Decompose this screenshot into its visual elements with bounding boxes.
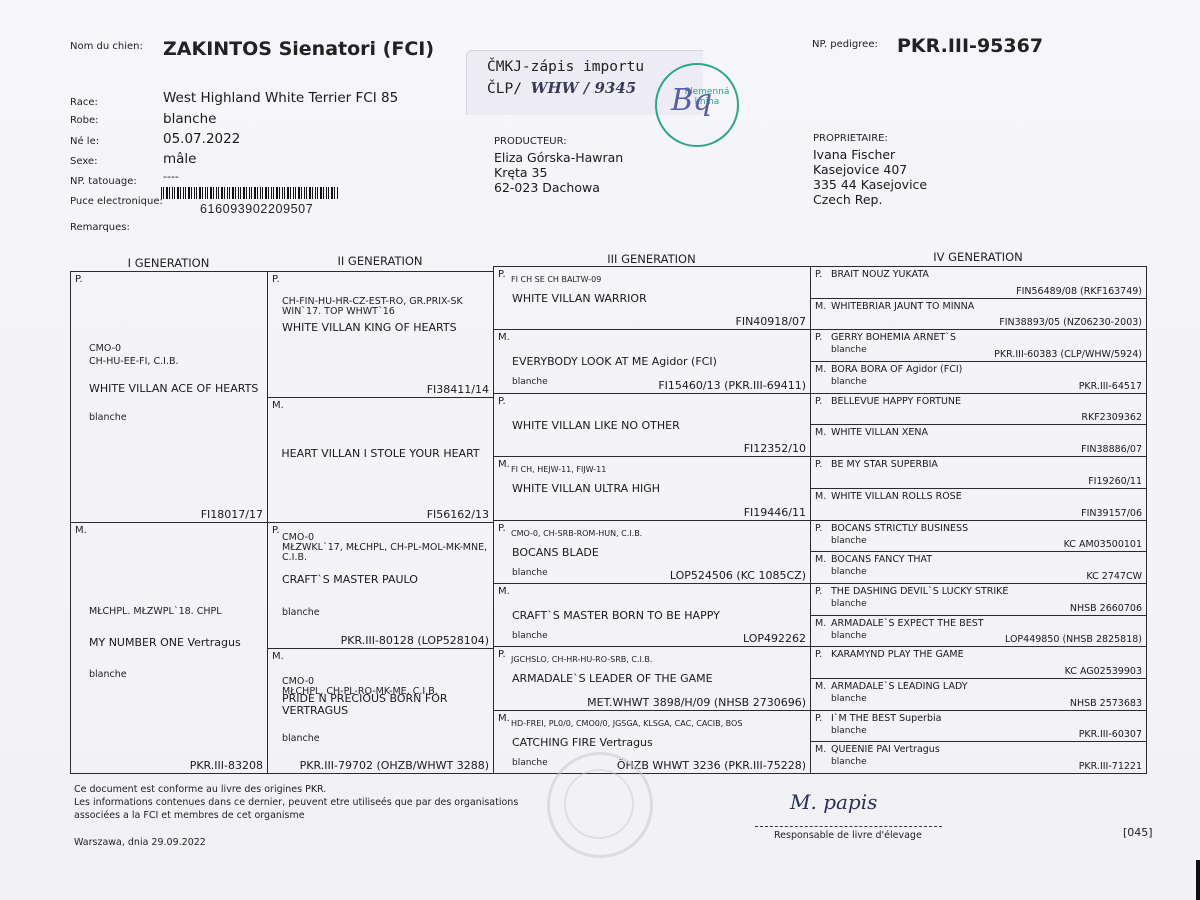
ancestor-registration: KC AG02539903: [1065, 666, 1142, 677]
ancestor-titles: JGCHSLO, CH-HR-HU-RO-SRB, C.I.B.: [511, 655, 652, 665]
ancestor-name: ARMADALE`S EXPECT THE BEST: [831, 618, 984, 629]
gen4-ancestor-cell: M.WHITE VILLAN XENAFIN38886/07: [810, 424, 1147, 457]
sex-marker: P.: [498, 649, 506, 660]
ancestor-name: CATCHING FIRE Vertragus: [512, 736, 653, 749]
ancestor-color: blanche: [831, 345, 867, 355]
gen4-ancestor-cell: M.ARMADALE`S LEADING LADYblancheNHSB 257…: [810, 678, 1147, 711]
ancestor-registration: FIN40918/07: [736, 315, 807, 328]
field-label: Robe:: [70, 115, 99, 126]
import-stamp-line2: ČLP/ WHW / 9345: [487, 79, 636, 97]
ancestor-color: blanche: [89, 412, 127, 423]
signature-label: Responsable de livre d'élevage: [774, 829, 922, 842]
notice-line: associées a la FCI et membres de cet org…: [74, 809, 518, 822]
gen4-header: IV GENERATION: [810, 250, 1146, 264]
ancestor-titles: HD-FREI, PL0/0, CMO0/0, JGSGA, KLSGA, CA…: [511, 719, 742, 729]
ancestor-registration: ÖHZB WHWT 3236 (PKR.III-75228): [617, 759, 806, 772]
sex-marker: P.: [815, 586, 822, 597]
footer-notice: Ce document est conforme au livre des or…: [74, 783, 518, 822]
sex-marker: P.: [498, 523, 506, 534]
ancestor-name: I`M THE BEST Superbia: [831, 713, 941, 724]
gen3-ancestor-cell: M.FI CH, HEJW-11, FIJW-11WHITE VILLAN UL…: [493, 456, 811, 520]
gen2-header: II GENERATION: [267, 254, 493, 268]
import-stamp-line1: ČMKJ-zápis importu: [487, 59, 644, 75]
ancestor-registration: PKR.III-64517: [1079, 381, 1142, 392]
ancestor-registration: KC AM03500101: [1064, 539, 1142, 550]
ancestor-name: GERRY BOHEMIA ARNET`S: [831, 332, 956, 343]
ancestor-color: blanche: [831, 536, 867, 546]
gen3-ancestor-cell: P.FI CH SE CH BALTW-09WHITE VILLAN WARRI…: [493, 266, 811, 330]
field-label: Race:: [70, 97, 98, 108]
ancestor-registration: FIN39157/06: [1081, 508, 1142, 519]
ancestor-registration: FI12352/10: [744, 442, 806, 455]
gen2-ancestor-cell: P.CH-FIN-HU-HR-CZ-EST-RO, GR.PRIX-SK WIN…: [267, 271, 494, 398]
ancestor-color: blanche: [831, 726, 867, 736]
sex-marker: P.: [815, 459, 822, 470]
ancestor-titles: FI CH, HEJW-11, FIJW-11: [511, 465, 606, 475]
gen3-ancestor-cell: P.WHITE VILLAN LIKE NO OTHERFI12352/10: [493, 393, 811, 457]
gen4-ancestor-cell: P.BELLEVUE HAPPY FORTUNERKF2309362: [810, 393, 1147, 426]
ancestor-name: PRIDE N PRECIOUS BORN FOR VERTRAGUS: [282, 693, 448, 717]
gen4-ancestor-cell: M.WHITEBRIAR JAUNT TO MINNAFIN38893/05 (…: [810, 298, 1147, 331]
sex-marker: M.: [498, 586, 510, 597]
pedigree-document: Nom du chien: ZAKINTOS Sienatori (FCI) N…: [0, 0, 1200, 900]
signature-line: [755, 826, 942, 827]
import-handwritten-number: WHW / 9345: [531, 79, 637, 97]
ancestor-registration: FIN38893/05 (NZ06230-2003): [999, 317, 1142, 328]
ancestor-registration: FI15460/13 (PKR.III-69411): [658, 379, 806, 392]
gen3-ancestor-cell: P.JGCHSLO, CH-HR-HU-RO-SRB, C.I.B.ARMADA…: [493, 646, 811, 710]
sex-marker: M.: [815, 364, 826, 375]
scan-edge: [1196, 860, 1200, 900]
sex-marker: P.: [815, 396, 822, 407]
ancestor-name: WHITE VILLAN LIKE NO OTHER: [512, 419, 680, 432]
ancestor-name: EVERYBODY LOOK AT ME Agidor (FCI): [512, 355, 717, 368]
gen4-ancestor-cell: M.BORA BORA OF Agidor (FCI)blanchePKR.II…: [810, 361, 1147, 394]
ancestor-name: WHITE VILLAN ACE OF HEARTS: [89, 382, 258, 395]
field-label: Né le:: [70, 136, 99, 147]
sex-marker: P.: [498, 269, 506, 280]
barcode-icon: [161, 187, 339, 199]
ancestor-registration: FI19446/11: [744, 506, 806, 519]
gen3-ancestor-cell: M.HD-FREI, PL0/0, CMO0/0, JGSGA, KLSGA, …: [493, 710, 811, 774]
sex-marker: M.: [815, 554, 826, 565]
field-value: West Highland White Terrier FCI 85: [163, 90, 398, 106]
import-stamp-prefix: ČLP/: [487, 81, 522, 97]
ancestor-registration: KC 2747CW: [1086, 571, 1142, 582]
ancestor-name: QUEENIE PAI Vertragus: [831, 744, 940, 755]
gen4-ancestor-cell: P.BRAIT NOUZ YUKATAFIN56489/08 (RKF16374…: [810, 266, 1147, 299]
owner-title: PROPRIETAIRE:: [813, 133, 888, 144]
field-label: NP. tatouage:: [70, 176, 137, 187]
ancestor-name: ARMADALE`S LEADING LADY: [831, 681, 968, 692]
sex-marker: M.: [815, 618, 826, 629]
field-value: 616093902209507: [200, 202, 313, 216]
registrar-signature: M. papis: [790, 790, 877, 814]
sex-marker: M.: [498, 459, 510, 470]
sex-marker: M.: [815, 681, 826, 692]
sex-marker: M.: [815, 744, 826, 755]
ancestor-registration: FI19260/11: [1088, 476, 1142, 487]
ancestor-name: CRAFT`S MASTER PAULO: [282, 574, 418, 586]
ancestor-titles: CMO-0 MŁZWKL`17, MŁCHPL, CH-PL-MOL-MK-MN…: [282, 533, 487, 563]
ancestor-name: CRAFT`S MASTER BORN TO BE HAPPY: [512, 609, 720, 622]
gen2-ancestor-cell: M.CMO-0 MŁCHPL, CH-PL-RO-MK-ME, C.I.B.PR…: [267, 648, 494, 775]
breeder-title: PRODUCTEUR:: [494, 136, 567, 147]
breeder-name: Eliza Górska-Hawran: [494, 150, 623, 165]
field-label: Sexe:: [70, 156, 97, 167]
ancestor-registration: FIN56489/08 (RKF163749): [1016, 286, 1142, 297]
field-label: Puce electronique:: [70, 196, 163, 207]
ancestor-registration: PKR.III-80128 (LOP528104): [341, 634, 489, 647]
sex-marker: P.: [815, 713, 822, 724]
ancestor-registration: FI56162/13: [427, 508, 489, 521]
gen4-ancestor-cell: P.GERRY BOHEMIA ARNET`SblanchePKR.III-60…: [810, 329, 1147, 362]
sex-marker: M.: [815, 491, 826, 502]
sex-marker: M.: [815, 427, 826, 438]
gen2-ancestor-cell: P.CMO-0 MŁZWKL`17, MŁCHPL, CH-PL-MOL-MK-…: [267, 522, 494, 649]
ancestor-name: BOCANS STRICTLY BUSINESS: [831, 523, 968, 534]
ancestor-name: BOCANS FANCY THAT: [831, 554, 932, 565]
ancestor-registration: PKR.III-83208: [190, 759, 263, 772]
sex-marker: P.: [75, 274, 83, 285]
gen4-ancestor-cell: P.KARAMYND PLAY THE GAMEKC AG02539903: [810, 646, 1147, 679]
ancestor-titles: CMO-0, CH-SRB-ROM-HUN, C.I.B.: [511, 529, 642, 539]
page-code: [045]: [1123, 826, 1153, 839]
ancestor-name: BE MY STAR SUPERBIA: [831, 459, 938, 470]
owner-city: 335 44 Kasejovice: [813, 177, 927, 192]
stamp-signature-icon: Bq: [671, 83, 712, 118]
ancestor-registration: RKF2309362: [1081, 412, 1142, 423]
sex-marker: M.: [75, 525, 87, 536]
breeder-address: Eliza Górska-Hawran Kręta 35 62-023 Dach…: [494, 150, 623, 195]
gen1-ancestor-cell: M.MŁCHPL. MŁZWPL`18. CHPLMY NUMBER ONE V…: [70, 522, 268, 774]
ancestor-registration: PKR.III-60307: [1079, 729, 1142, 740]
sex-marker: M.: [498, 332, 510, 343]
ancestor-name: MY NUMBER ONE Vertragus: [89, 636, 241, 649]
gen1-ancestor-cell: P.CMO-0 CH-HU-EE-FI, C.I.B.WHITE VILLAN …: [70, 271, 268, 523]
gen4-ancestor-cell: P.THE DASHING DEVIL`S LUCKY STRIKEblanch…: [810, 583, 1147, 616]
ancestor-name: WHITE VILLAN ROLLS ROSE: [831, 491, 962, 502]
gen4-ancestor-cell: M.WHITE VILLAN ROLLS ROSEFIN39157/06: [810, 488, 1147, 521]
ancestor-name: BELLEVUE HAPPY FORTUNE: [831, 396, 961, 407]
ancestor-titles: FI CH SE CH BALTW-09: [511, 275, 601, 285]
ancestor-color: blanche: [831, 599, 867, 609]
ancestor-color: blanche: [831, 694, 867, 704]
sex-marker: P.: [815, 269, 822, 280]
ancestor-name: WHITE VILLAN WARRIOR: [512, 292, 647, 305]
ancestor-registration: FI38411/14: [427, 383, 489, 396]
ancestor-name: WHITE VILLAN XENA: [831, 427, 928, 438]
ancestor-name: BOCANS BLADE: [512, 546, 599, 559]
ancestor-registration: PKR.III-79702 (OHZB/WHWT 3288): [300, 759, 489, 772]
owner-country: Czech Rep.: [813, 192, 927, 207]
gen4-ancestor-cell: P.I`M THE BEST SuperbiablanchePKR.III-60…: [810, 710, 1147, 743]
gen2-ancestor-cell: M.HEART VILLAN I STOLE YOUR HEARTFI56162…: [267, 397, 494, 524]
field-value: mâle: [163, 151, 196, 167]
gen1-header: I GENERATION: [70, 256, 267, 270]
pedigree-number: PKR.III-95367: [897, 35, 1043, 57]
ancestor-color: blanche: [89, 669, 127, 680]
ancestor-name: THE DASHING DEVIL`S LUCKY STRIKE: [831, 586, 1008, 597]
ancestor-color: blanche: [831, 631, 867, 641]
owner-street: Kasejovice 407: [813, 162, 927, 177]
place-date: Warszawa, dnia 29.09.2022: [74, 836, 206, 849]
stud-book-stamp-icon: Plemenná kniha Bq: [655, 63, 739, 147]
ancestor-color: blanche: [512, 568, 548, 578]
ancestor-registration: LOP492262: [743, 632, 806, 645]
pedigree-no-label: NP. pedigree:: [812, 39, 878, 50]
ancestor-name: WHITE VILLAN ULTRA HIGH: [512, 482, 660, 495]
sex-marker: P.: [815, 649, 822, 660]
gen3-ancestor-cell: M.CRAFT`S MASTER BORN TO BE HAPPYblanche…: [493, 583, 811, 647]
ancestor-color: blanche: [512, 377, 548, 387]
dog-name-label: Nom du chien:: [70, 41, 143, 52]
sex-marker: M.: [272, 651, 284, 662]
embossed-seal-icon: [547, 752, 653, 858]
ancestor-name: BORA BORA OF Agidor (FCI): [831, 364, 962, 375]
owner-address: Ivana Fischer Kasejovice 407 335 44 Kase…: [813, 147, 927, 207]
gen3-header: III GENERATION: [493, 252, 810, 266]
sex-marker: M.: [272, 400, 284, 411]
gen3-ancestor-cell: P.CMO-0, CH-SRB-ROM-HUN, C.I.B.BOCANS BL…: [493, 520, 811, 584]
sex-marker: P.: [815, 523, 822, 534]
ancestor-name: WHITE VILLAN KING OF HEARTS: [282, 322, 457, 334]
ancestor-titles: CH-FIN-HU-HR-CZ-EST-RO, GR.PRIX-SK WIN`1…: [282, 297, 463, 317]
gen4-ancestor-cell: M.QUEENIE PAI VertragusblanchePKR.III-71…: [810, 741, 1147, 774]
sex-marker: M.: [815, 301, 826, 312]
owner-name: Ivana Fischer: [813, 147, 927, 162]
field-label: Remarques:: [70, 222, 130, 233]
gen3-ancestor-cell: M.EVERYBODY LOOK AT ME Agidor (FCI)blanc…: [493, 329, 811, 393]
ancestor-color: blanche: [282, 607, 320, 618]
ancestor-registration: NHSB 2573683: [1070, 698, 1142, 709]
ancestor-color: blanche: [831, 377, 867, 387]
ancestor-color: blanche: [512, 631, 548, 641]
ancestor-registration: MET.WHWT 3898/H/09 (NHSB 2730696): [587, 696, 806, 709]
field-value: ----: [163, 170, 179, 183]
gen4-ancestor-cell: P.BOCANS STRICTLY BUSINESSblancheKC AM03…: [810, 520, 1147, 553]
sex-marker: P.: [815, 332, 822, 343]
ancestor-registration: PKR.III-60383 (CLP/WHW/5924): [994, 349, 1142, 360]
ancestor-color: blanche: [831, 567, 867, 577]
ancestor-color: blanche: [831, 757, 867, 767]
field-value: 05.07.2022: [163, 131, 240, 147]
breeder-city: 62-023 Dachowa: [494, 180, 623, 195]
ancestor-titles: CMO-0 CH-HU-EE-FI, C.I.B.: [89, 342, 178, 368]
breeder-street: Kręta 35: [494, 165, 623, 180]
ancestor-name: BRAIT NOUZ YUKATA: [831, 269, 929, 280]
gen4-ancestor-cell: M.ARMADALE`S EXPECT THE BESTblancheLOP44…: [810, 615, 1147, 648]
dog-name: ZAKINTOS Sienatori (FCI): [163, 38, 434, 60]
ancestor-registration: FIN38886/07: [1081, 444, 1142, 455]
sex-marker: P.: [498, 396, 506, 407]
ancestor-color: blanche: [282, 733, 320, 744]
ancestor-titles: MŁCHPL. MŁZWPL`18. CHPL: [89, 605, 222, 618]
ancestor-color: blanche: [512, 758, 548, 768]
ancestor-name: WHITEBRIAR JAUNT TO MINNA: [831, 301, 974, 312]
sex-marker: P.: [272, 274, 280, 285]
sex-marker: P.: [272, 525, 280, 536]
notice-line: Ce document est conforme au livre des or…: [74, 783, 518, 796]
gen4-ancestor-cell: P.BE MY STAR SUPERBIAFI19260/11: [810, 456, 1147, 489]
field-value: blanche: [163, 111, 216, 127]
ancestor-name: ARMADALE`S LEADER OF THE GAME: [512, 672, 713, 685]
sex-marker: M.: [498, 713, 510, 724]
gen4-ancestor-cell: M.BOCANS FANCY THATblancheKC 2747CW: [810, 551, 1147, 584]
ancestor-name: HEART VILLAN I STOLE YOUR HEART: [268, 448, 493, 460]
ancestor-registration: NHSB 2660706: [1070, 603, 1142, 614]
ancestor-registration: PKR.III-71221: [1079, 761, 1142, 772]
ancestor-registration: LOP524506 (KC 1085CZ): [670, 569, 806, 582]
ancestor-registration: LOP449850 (NHSB 2825818): [1005, 634, 1142, 645]
ancestor-name: KARAMYND PLAY THE GAME: [831, 649, 964, 660]
notice-line: Les informations contenues dans ce derni…: [74, 796, 518, 809]
ancestor-registration: FI18017/17: [201, 508, 263, 521]
